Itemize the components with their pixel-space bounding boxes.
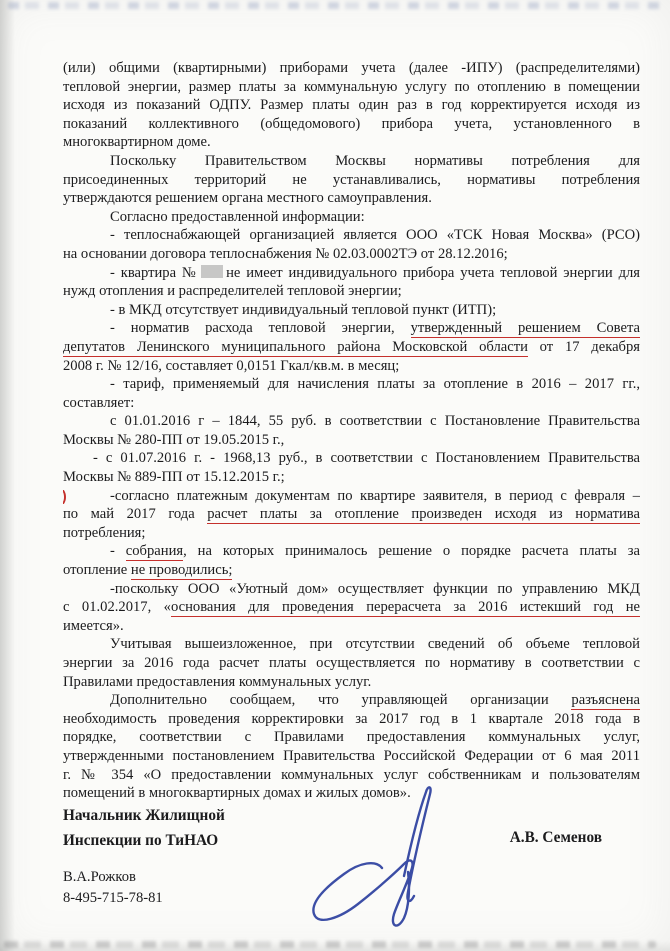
text-run: составляет: bbox=[63, 395, 134, 411]
text-run: Дополнительно сообщаем, что управляющей … bbox=[110, 692, 571, 708]
text-run: утверждаются решением органа местного са… bbox=[63, 190, 432, 206]
text-run: - bbox=[110, 302, 119, 318]
text-run: - bbox=[110, 543, 126, 559]
underlined-text: основания для проведения перерасчета за … bbox=[171, 599, 640, 617]
document-line: Москвы № 280-ПП от 19.05.2015 г., bbox=[63, 431, 640, 450]
document-line: на основании договора теплоснабжения № 0… bbox=[63, 245, 640, 264]
document-line: порядке, соответствии с Правилами предос… bbox=[63, 728, 640, 747]
document-line: 8.- собрания, на которых принималось реш… bbox=[63, 542, 640, 561]
document-body: (или) общими (квартирными) приборами уче… bbox=[63, 59, 640, 803]
document-line: присоединенных территорий не устанавлива… bbox=[63, 171, 640, 190]
underlined-text: собрания bbox=[126, 543, 183, 561]
document-line: - квартира №не имеет индивидуального при… bbox=[63, 264, 640, 283]
text-run: (или) общими (квартирными) приборами уче… bbox=[63, 60, 640, 76]
document-line: Учитывая вышеизложенное, при отсутствии … bbox=[63, 635, 640, 654]
text-run: - теплоснабжающей организацией является … bbox=[110, 227, 640, 243]
text-run: . bbox=[120, 618, 124, 634]
text-run: утвержденными постановлением Правительст… bbox=[63, 748, 640, 764]
text-run: энергии за 2016 года расчет платы осущес… bbox=[63, 655, 640, 671]
text-run: -поскольку ООО «Уютный дом» осуществляет… bbox=[110, 581, 640, 597]
document-line: 4.Согласно предоставленной информации: bbox=[63, 208, 640, 227]
document-line: - с 01.07.2016 г. - 1968,13 руб., в соот… bbox=[63, 449, 640, 468]
underlined-text: необходимость проведения корректировки з… bbox=[63, 711, 622, 729]
signer-name: А.В. Семенов bbox=[510, 829, 602, 847]
text-run: исходя из показаний ОДПУ. Размер платы о… bbox=[63, 97, 640, 113]
text-run: по май 2017 года bbox=[63, 506, 207, 522]
document-line: - теплоснабжающей организацией является … bbox=[63, 226, 640, 245]
scan-edge-shadow-bottom bbox=[0, 941, 670, 951]
text-run: -согласно платежным документам по кварти… bbox=[110, 488, 640, 504]
document-line: Москвы № 889-ПП от 15.12.2015 г.; bbox=[63, 468, 640, 487]
document-line: депутатов Ленинского муниципального райо… bbox=[63, 338, 640, 357]
document-line: тепловой энергии, размер платы за коммун… bbox=[63, 78, 640, 97]
signature-scribble bbox=[300, 780, 470, 938]
document-line: исходя из показаний ОДПУ. Размер платы о… bbox=[63, 96, 640, 115]
text-run: в bbox=[622, 711, 640, 727]
document-line: Правилами предоставления коммунальных ус… bbox=[63, 673, 640, 692]
text-run: тепловой энергии, размер платы за коммун… bbox=[63, 79, 640, 95]
text-run: , на которых принималось решение о поряд… bbox=[183, 543, 640, 559]
document-line: 5.- в МКД отсутствует индивидуальный теп… bbox=[63, 301, 640, 320]
text-run: нужд отопления и распределителей теплово… bbox=[63, 283, 402, 299]
document-line: потребления; bbox=[63, 524, 640, 543]
text-run: - норматив расхода тепловой энергии, bbox=[110, 320, 411, 336]
margin-marker: 7. (!!!) bbox=[63, 488, 67, 506]
document-line: нужд отопления и распределителей теплово… bbox=[63, 282, 640, 301]
text-run: показаний коллективного (общедомового) п… bbox=[63, 116, 640, 132]
document-line: - тариф, применяемый для начисления плат… bbox=[63, 375, 640, 394]
document-line: утверждаются решением органа местного са… bbox=[63, 189, 640, 208]
document-line: многоквартирном доме. bbox=[63, 133, 640, 152]
underlined-text: не проводились; bbox=[131, 562, 233, 580]
scanned-letter-page: (или) общими (квартирными) приборами уче… bbox=[0, 0, 670, 951]
document-line: Поскольку Правительством Москвы норматив… bbox=[63, 152, 640, 171]
scan-edge-shadow bbox=[0, 0, 15, 951]
text-run: 2008 г. № 12/16, составляет 0,0151 Гкал/… bbox=[63, 358, 399, 374]
document-line: имеется». bbox=[63, 617, 640, 636]
redaction-box bbox=[201, 265, 223, 278]
underlined-text: утвержденный решением Совета bbox=[411, 320, 640, 338]
text-run: присоединенных территорий не устанавлива… bbox=[63, 172, 640, 188]
document-line: 2008 г. № 12/16, составляет 0,0151 Гкал/… bbox=[63, 357, 640, 376]
document-line: утвержденными постановлением Правительст… bbox=[63, 747, 640, 766]
text-run: многоквартирном доме. bbox=[63, 134, 211, 150]
underlined-text: в МКД отсутствует индивидуальный теплово… bbox=[119, 302, 497, 320]
text-run: - квартира № bbox=[110, 265, 198, 281]
underlined-text: Согласно предоставленной информации: bbox=[110, 209, 365, 227]
document-line: 6.- норматив расхода тепловой энергии, у… bbox=[63, 319, 640, 338]
underlined-text: разъяснена bbox=[571, 692, 640, 710]
text-run: Поскольку Правительством Москвы норматив… bbox=[110, 153, 640, 169]
underlined-text: имеется» bbox=[63, 618, 120, 636]
text-run: порядке, соответствии с Правилами предос… bbox=[63, 729, 640, 745]
text-run: Правилами предоставления коммунальных ус… bbox=[63, 674, 371, 690]
document-line: необходимость проведения корректировки з… bbox=[63, 710, 640, 729]
underlined-text: депутатов Ленинского муниципального райо… bbox=[63, 339, 528, 357]
text-run: с 01.01.2016 г – 1844, 55 руб. в соответ… bbox=[110, 413, 640, 429]
document-line: составляет: bbox=[63, 394, 640, 413]
text-run: - с 01.07.2016 г. - 1968,13 руб., в соот… bbox=[93, 450, 640, 466]
document-line: (или) общими (квартирными) приборами уче… bbox=[63, 59, 640, 78]
document-line: показаний коллективного (общедомового) п… bbox=[63, 115, 640, 134]
text-run: потребления; bbox=[63, 525, 145, 541]
text-run: - тариф, применяемый для начисления плат… bbox=[110, 376, 640, 392]
text-run: не имеет индивидуального прибора учета т… bbox=[226, 265, 640, 281]
text-run: с 01.02.2017, « bbox=[63, 599, 171, 615]
text-run: Москвы № 889-ПП от 15.12.2015 г.; bbox=[63, 469, 285, 485]
document-line: 9.-поскольку ООО «Уютный дом» осуществля… bbox=[63, 580, 640, 599]
document-line: 10.Дополнительно сообщаем, что управляющ… bbox=[63, 691, 640, 710]
underlined-text: расчет платы за отопление произведен исх… bbox=[207, 506, 640, 524]
document-line: отопление не проводились; bbox=[63, 561, 640, 580]
text-run: Москвы № 280-ПП от 19.05.2015 г., bbox=[63, 432, 284, 448]
document-line: энергии за 2016 года расчет платы осущес… bbox=[63, 654, 640, 673]
text-run: от 17 декабря bbox=[528, 339, 640, 355]
document-line: с 01.02.2017, «основания для проведения … bbox=[63, 598, 640, 617]
text-run: Учитывая вышеизложенное, при отсутствии … bbox=[110, 636, 640, 652]
page-edge-artifact-top bbox=[8, 2, 664, 9]
text-run: на основании договора теплоснабжения № 0… bbox=[63, 246, 508, 262]
document-line: 7. (!!!)-согласно платежным документам п… bbox=[63, 487, 640, 506]
text-run: отопление bbox=[63, 562, 131, 578]
document-line: по май 2017 года расчет платы за отоплен… bbox=[63, 505, 640, 524]
document-line: с 01.01.2016 г – 1844, 55 руб. в соответ… bbox=[63, 412, 640, 431]
